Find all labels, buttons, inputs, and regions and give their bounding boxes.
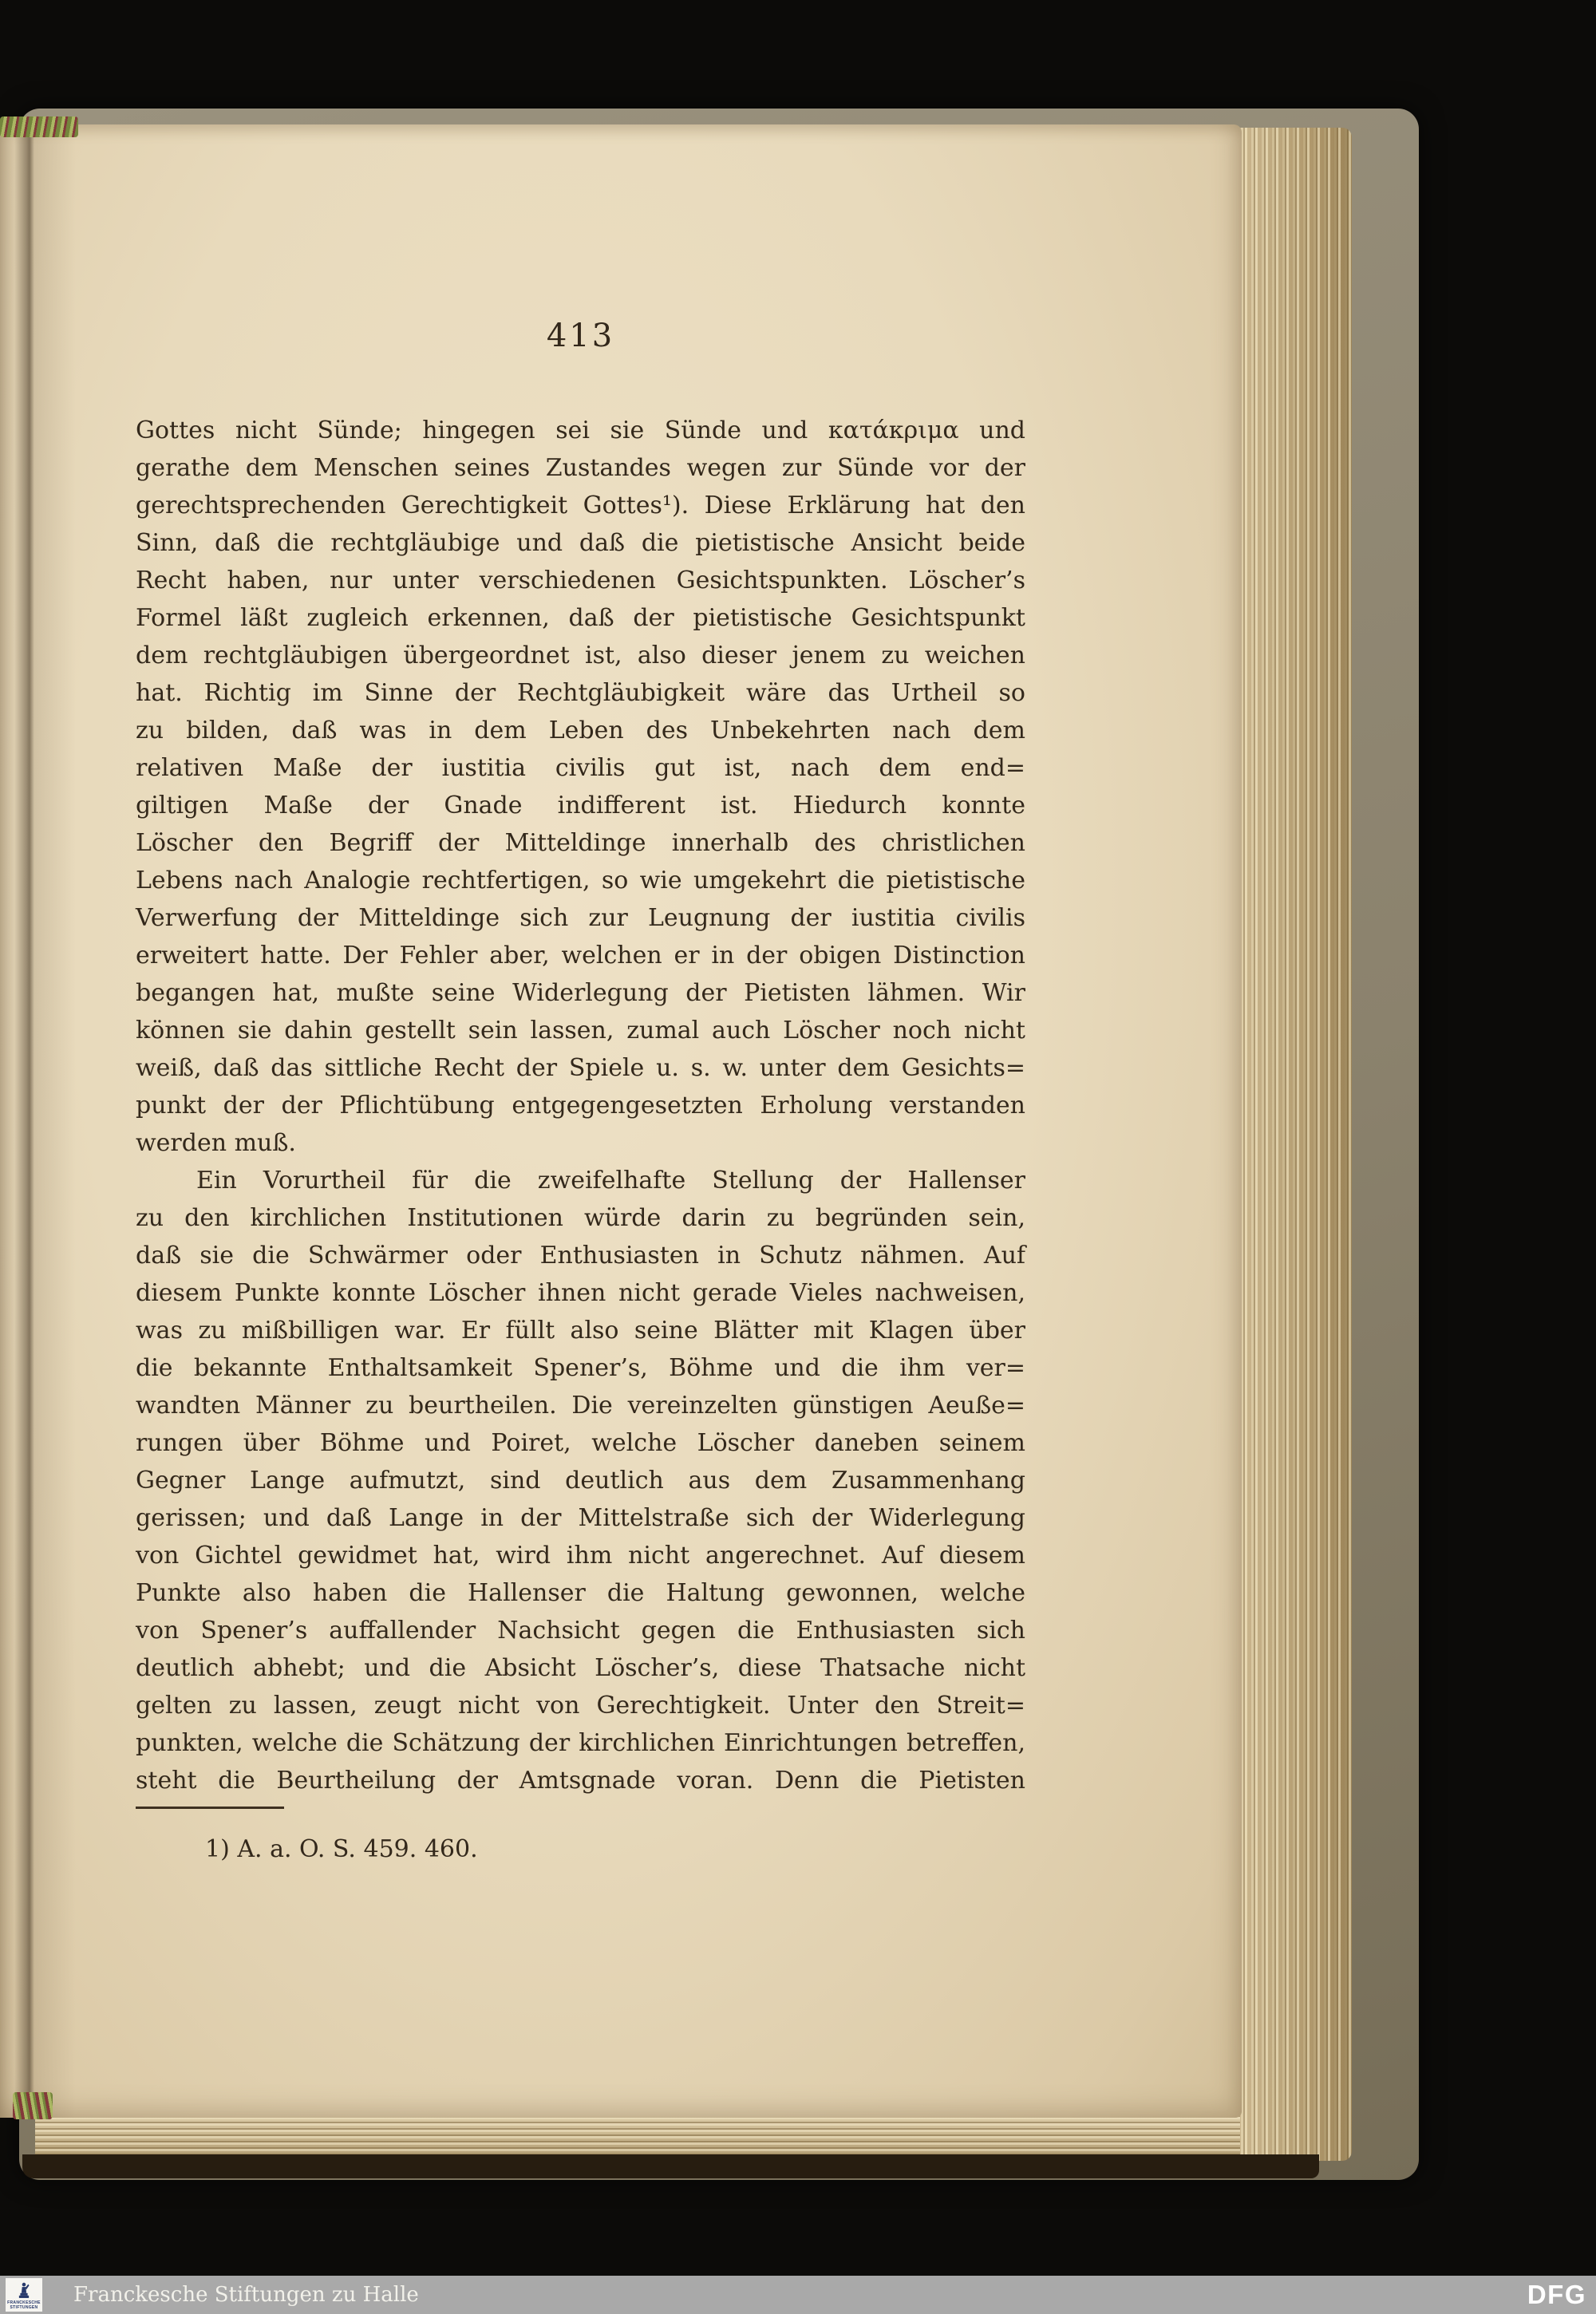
text-line: steht die Beurtheilung der Amtsgnade vor… bbox=[136, 1762, 1025, 1799]
headband-bottom bbox=[13, 2092, 53, 2119]
headband-top bbox=[0, 116, 78, 137]
logo-caption-line2: STIFTUNGEN bbox=[7, 2306, 41, 2311]
text-line: Gottes nicht Sünde; hingegen sei sie Sün… bbox=[136, 412, 1025, 449]
text-line: punkt der der Pflichtübung entgegengeset… bbox=[136, 1087, 1025, 1124]
text-line: die bekannte Enthaltsamkeit Spener’s, Bö… bbox=[136, 1349, 1025, 1387]
text-line: punkten, welche die Schätzung der kirchl… bbox=[136, 1724, 1025, 1762]
scan-background: 413 Gottes nicht Sünde; hingegen sei sie… bbox=[0, 0, 1596, 2314]
institution-logo: FRANCKESCHE STIFTUNGEN bbox=[6, 2278, 42, 2312]
book-page: 413 Gottes nicht Sünde; hingegen sei sie… bbox=[0, 124, 1242, 2118]
text-line: dem rechtgläubigen übergeordnet ist, als… bbox=[136, 637, 1025, 674]
text-line: relativen Maße der iustitia civilis gut … bbox=[136, 749, 1025, 787]
text-line: Formel läßt zugleich erkennen, daß der p… bbox=[136, 599, 1025, 637]
page-edges-right bbox=[1231, 128, 1352, 2161]
text-line: Lebens nach Analogie rechtfertigen, so w… bbox=[136, 862, 1025, 899]
page-gutter-shadow bbox=[0, 124, 80, 2118]
text-line: rungen über Böhme und Poiret, welche Lös… bbox=[136, 1424, 1025, 1462]
text-line: giltigen Maße der Gnade indifferent ist.… bbox=[136, 787, 1025, 824]
text-line: Gegner Lange aufmutzt, sind deutlich aus… bbox=[136, 1462, 1025, 1499]
text-line: weiß, daß das sittliche Recht der Spiele… bbox=[136, 1049, 1025, 1087]
text-line: Löscher den Begriff der Mitteldinge inne… bbox=[136, 824, 1025, 862]
text-line: gerechtsprechenden Gerechtigkeit Gottes¹… bbox=[136, 487, 1025, 524]
text-line: hat. Richtig im Sinne der Rechtgläubigke… bbox=[136, 674, 1025, 712]
text-line: Recht haben, nur unter verschiedenen Ges… bbox=[136, 562, 1025, 599]
text-line: gelten zu lassen, zeugt nicht von Gerech… bbox=[136, 1687, 1025, 1724]
text-line: begangen hat, mußte seine Widerlegung de… bbox=[136, 974, 1025, 1012]
institution-name: Franckesche Stiftungen zu Halle bbox=[73, 2283, 419, 2307]
text-line: wandten Männer zu beurtheilen. Die verei… bbox=[136, 1387, 1025, 1424]
text-line: können sie dahin gestellt sein lassen, z… bbox=[136, 1012, 1025, 1049]
text-line: daß sie die Schwärmer oder Enthusiasten … bbox=[136, 1237, 1025, 1274]
text-line: zu den kirchlichen Institutionen würde d… bbox=[136, 1199, 1025, 1237]
paragraph-2: Ein Vorurtheil für die zweifelhafte Stel… bbox=[136, 1162, 1025, 1799]
text-line: was zu mißbilligen war. Er füllt also se… bbox=[136, 1312, 1025, 1349]
text-line: von Gichtel gewidmet hat, wird ihm nicht… bbox=[136, 1537, 1025, 1574]
text-line: gerissen; und daß Lange in der Mittelstr… bbox=[136, 1499, 1025, 1537]
text-block: Gottes nicht Sünde; hingegen sei sie Sün… bbox=[136, 412, 1025, 1866]
footnote-rule bbox=[136, 1807, 284, 1809]
text-line: werden muß. bbox=[136, 1124, 1025, 1162]
text-line: zu bilden, daß was in dem Leben des Unbe… bbox=[136, 712, 1025, 749]
dfg-logo: DFG bbox=[1527, 2280, 1586, 2310]
paragraph-1: Gottes nicht Sünde; hingegen sei sie Sün… bbox=[136, 412, 1025, 1162]
text-line: Sinn, daß die rechtgläubige und daß die … bbox=[136, 524, 1025, 562]
logo-caption: FRANCKESCHE STIFTUNGEN bbox=[7, 2301, 41, 2310]
cover-edge-bottom bbox=[22, 2154, 1319, 2178]
page-number: 413 bbox=[136, 318, 1025, 354]
text-line: gerathe dem Menschen seines Zustandes we… bbox=[136, 449, 1025, 487]
text-line: Verwerfung der Mitteldinge sich zur Leug… bbox=[136, 899, 1025, 937]
footer-bar: FRANCKESCHE STIFTUNGEN Franckesche Stift… bbox=[0, 2276, 1596, 2314]
statue-icon bbox=[18, 2282, 30, 2300]
text-line: deutlich abhebt; und die Absicht Löscher… bbox=[136, 1649, 1025, 1687]
text-line: diesem Punkte konnte Löscher ihnen nicht… bbox=[136, 1274, 1025, 1312]
footnote-text: 1) A. a. O. S. 459. 460. bbox=[136, 1834, 1025, 1866]
text-line: Punkte also haben die Hallenser die Halt… bbox=[136, 1574, 1025, 1612]
text-line: Ein Vorurtheil für die zweifelhafte Stel… bbox=[136, 1162, 1025, 1199]
text-line: von Spener’s auffallender Nachsicht gege… bbox=[136, 1612, 1025, 1649]
page-edges-bottom bbox=[35, 2113, 1240, 2158]
text-line: erweitert hatte. Der Fehler aber, welche… bbox=[136, 937, 1025, 974]
